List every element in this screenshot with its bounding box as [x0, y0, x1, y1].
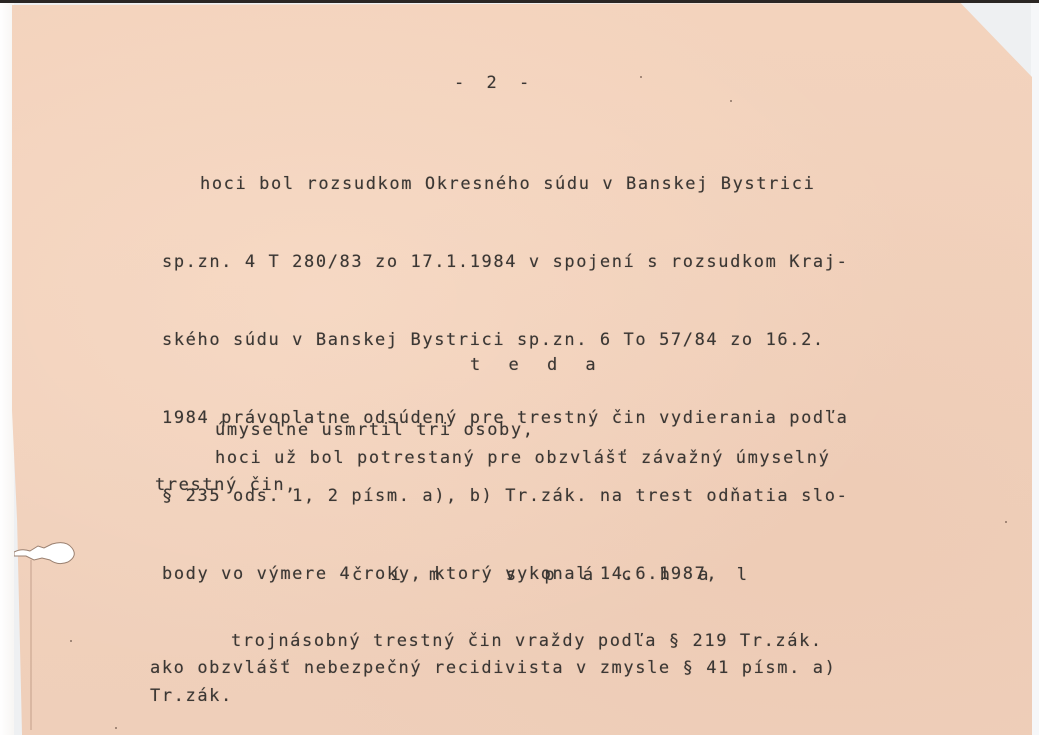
paper-crease — [30, 560, 32, 730]
page-number: - 2 - — [454, 70, 535, 96]
paragraph-prior-conviction: hoci bol rozsudkom Okresného súdu v Bans… — [162, 119, 848, 639]
paper-speck — [640, 76, 642, 78]
text-line: ako obzvlášť nebezpečný recidivista v zm… — [150, 655, 836, 681]
paper-speck — [70, 640, 72, 642]
paper-speck — [115, 727, 117, 729]
scan-right-margin — [1031, 3, 1039, 735]
torn-punch-hole — [14, 538, 84, 566]
text-line: hoci bol rozsudkom Okresného súdu v Bans… — [162, 171, 848, 197]
text-line: sp.zn. 4 T 280/83 zo 17.1.1984 v spojení… — [162, 249, 848, 275]
text-line: úmyselne usmrtil tri osoby, — [215, 417, 535, 443]
scan-left-margin — [0, 3, 14, 735]
scanned-page: - 2 - hoci bol rozsudkom Okresného súdu … — [0, 0, 1039, 735]
paper-speck — [730, 100, 732, 102]
text-line: ského súdu v Banskej Bystrici sp.zn. 6 T… — [162, 327, 848, 353]
paper-speck — [1005, 521, 1007, 523]
text-line: trestný čin, — [155, 472, 297, 498]
text-line: trojnásobný trestný čin vraždy podľa § 2… — [231, 628, 823, 654]
heading-cim-spachal: č í m s p á c h a l — [352, 562, 756, 588]
text-line: hoci už bol potrestaný pre obzvlášť záva… — [215, 445, 830, 471]
scan-top-edge — [0, 0, 1039, 3]
text-line: Tr.zák. — [150, 683, 233, 709]
heading-teda: t e d a — [470, 352, 605, 378]
